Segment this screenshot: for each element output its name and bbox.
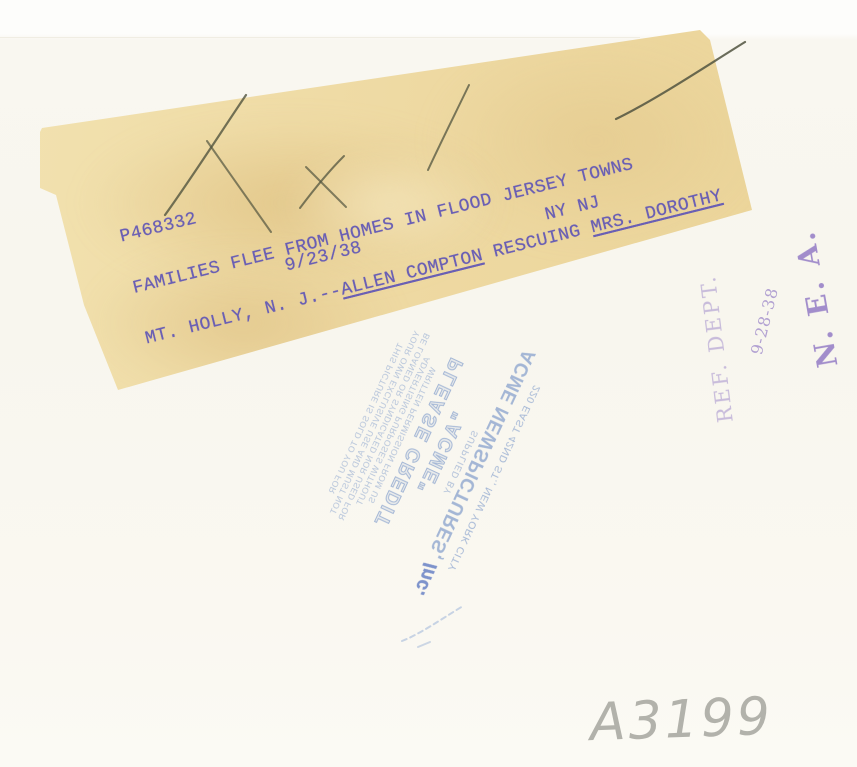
caption-segment: MT. HOLLY, N. J.-- [143,281,343,349]
caption-segment: CREDIT LINE(ACME) [220,589,410,654]
blue-smudge [418,642,430,647]
caption-segment: RESCUING [480,219,594,266]
acme-newspictures-stamp: THIS PICTURE IS SOLD TO YOU FOR YOUR OWN… [306,298,556,601]
nea-org-stamp: N. E. A. [788,227,845,370]
caption-segment: MRS. DOROTHY [589,186,724,238]
caption-segment: BROWN [156,367,215,400]
photo-verso: P468332 FAMILIES FLEE FROM HOMES IN FLOO… [0,0,857,767]
caption-credit-line: CREDIT LINE(ACME) [220,494,800,655]
nea-dept-stamp: REF. DEPT. [696,273,738,424]
handwritten-id: A3199 [589,687,774,753]
caption-segment: P468332 [118,209,199,247]
nea-date-stamp: 9-28-38 [747,285,782,356]
blue-smudge [402,606,463,641]
